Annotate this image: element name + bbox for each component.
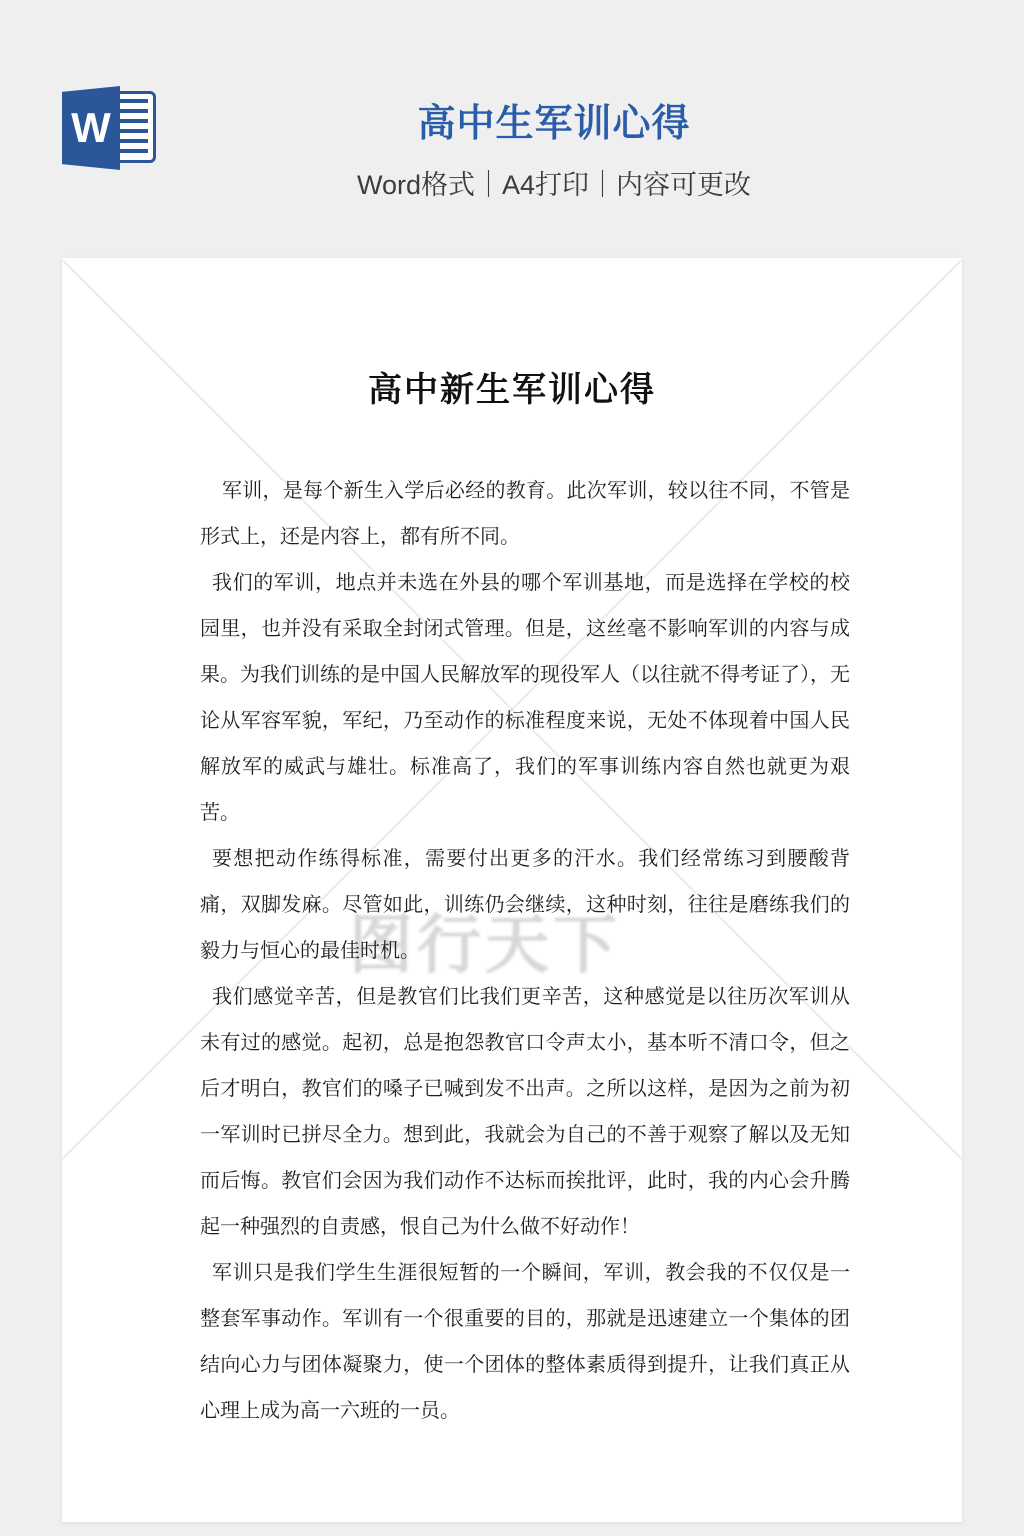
document-page: 图行天下 高中新生军训心得 军训，是每个新生入学后必经的教育。此次军训，较以往不… — [62, 258, 962, 1522]
document-title: 高中新生军训心得 — [62, 362, 962, 411]
header-text: 高中生军训心得 Word格式｜A4打印｜内容可更改 — [84, 92, 1024, 202]
header: W 高中生军训心得 Word格式｜A4打印｜内容可更改 — [0, 0, 1024, 255]
paragraph-2: 我们的军训，地点并未选在外县的哪个军训基地，而是选择在学校的校园里，也并没有采取… — [200, 559, 850, 835]
template-title: 高中生军训心得 — [84, 92, 1024, 147]
paragraph-4: 我们感觉辛苦，但是教官们比我们更辛苦，这种感觉是以往历次军训从未有过的感觉。起初… — [200, 973, 850, 1249]
paragraph-1: 军训，是每个新生入学后必经的教育。此次军训，较以往不同，不管是形式上，还是内容上… — [200, 467, 850, 559]
document-body: 军训，是每个新生入学后必经的教育。此次军训，较以往不同，不管是形式上，还是内容上… — [200, 467, 850, 1433]
paragraph-3: 要想把动作练得标准，需要付出更多的汗水。我们经常练习到腰酸背痛，双脚发麻。尽管如… — [200, 835, 850, 973]
template-subtitle: Word格式｜A4打印｜内容可更改 — [84, 163, 1024, 202]
paragraph-5: 军训只是我们学生生涯很短暂的一个瞬间，军训，教会我的不仅仅是一整套军事动作。军训… — [200, 1249, 850, 1433]
